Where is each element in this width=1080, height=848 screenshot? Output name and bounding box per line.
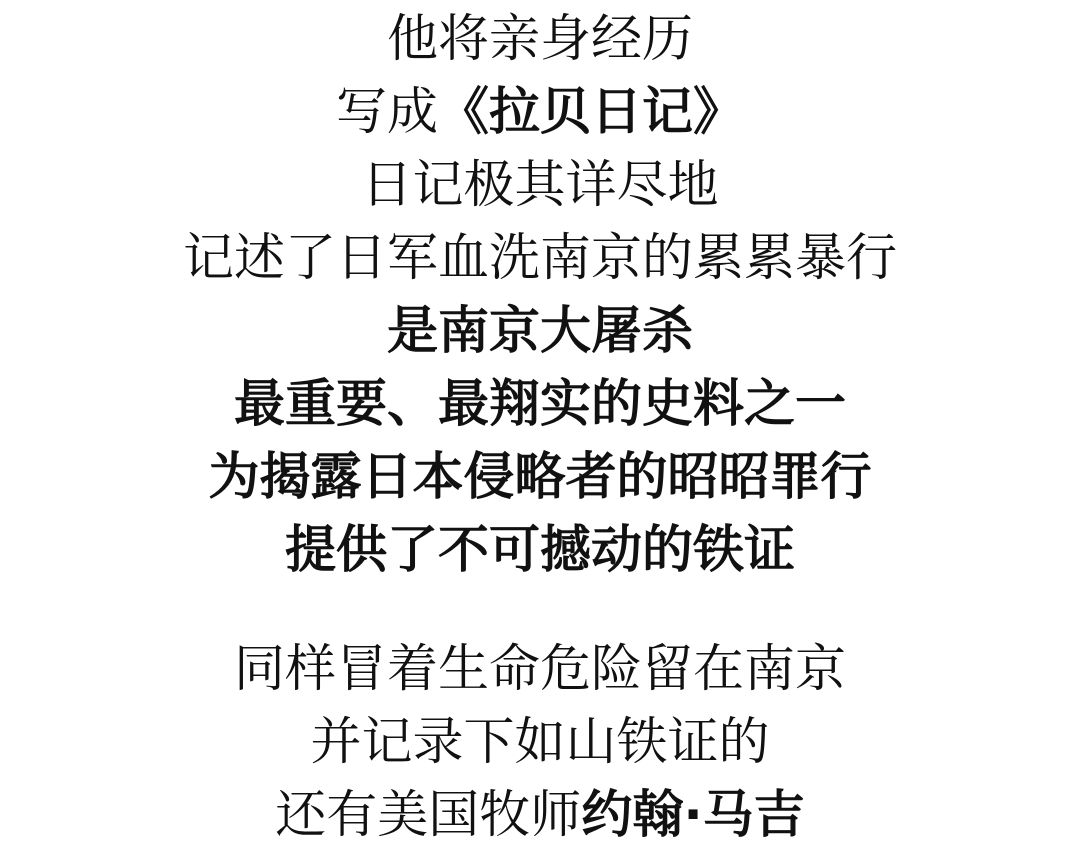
- person-name-emphasis: 约翰·马吉: [581, 786, 804, 845]
- text-line-bold: 是南京大屠杀: [0, 295, 1080, 368]
- text-segment: 提供了不可撼动的铁证: [285, 521, 795, 580]
- text-segment: 写成: [336, 83, 438, 142]
- text-line: 日记极其详尽地: [0, 149, 1080, 222]
- text-line-bold: 最重要、最翔实的史料之一: [0, 368, 1080, 441]
- text-line: 并记录下如山铁证的: [0, 706, 1080, 779]
- text-line: 还有美国牧师约翰·马吉: [0, 779, 1080, 848]
- text-segment: 为揭露日本侵略者的昭昭罪行: [208, 448, 871, 507]
- text-segment: 还有美国牧师: [275, 786, 581, 845]
- book-title-emphasis: 《拉贝日记》: [438, 83, 744, 142]
- article-text-block: 他将亲身经历 写成《拉贝日记》 日记极其详尽地 记述了日军血洗南京的累累暴行 是…: [0, 0, 1080, 848]
- text-segment: 并记录下如山铁证的: [310, 713, 769, 772]
- text-segment: 最重要、最翔实的史料之一: [234, 375, 846, 434]
- text-line: 同样冒着生命危险留在南京: [0, 633, 1080, 706]
- text-line: 写成《拉贝日记》: [0, 76, 1080, 149]
- text-line-bold: 为揭露日本侵略者的昭昭罪行: [0, 441, 1080, 514]
- text-segment: 日记极其详尽地: [361, 156, 718, 215]
- text-segment: 是南京大屠杀: [387, 302, 693, 361]
- text-segment: 记述了日军血洗南京的累累暴行: [183, 229, 897, 288]
- text-line: 记述了日军血洗南京的累累暴行: [0, 222, 1080, 295]
- text-segment: 同样冒着生命危险留在南京: [234, 640, 846, 699]
- text-line: 他将亲身经历: [0, 3, 1080, 76]
- text-line-bold: 提供了不可撼动的铁证: [0, 514, 1080, 587]
- text-segment: 他将亲身经历: [387, 10, 693, 69]
